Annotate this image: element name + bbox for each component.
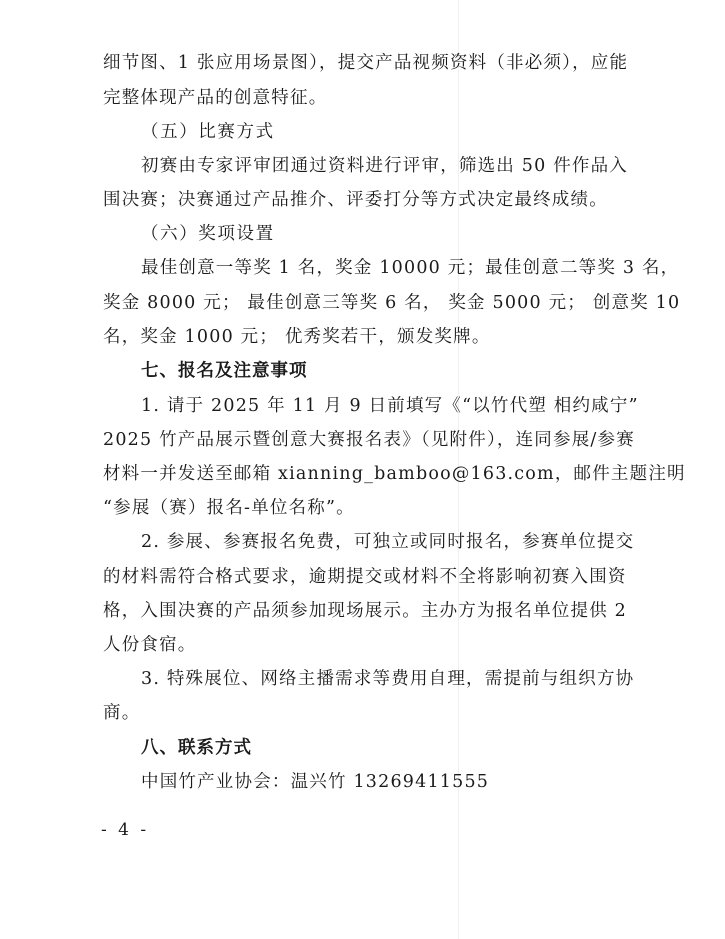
body-line: 商。	[103, 701, 648, 725]
body-line: 1. 请于 2025 年 11 月 9 日前填写《“以竹代塑 相约咸宁”	[141, 394, 686, 418]
body-line: 最佳创意一等奖 1 名，奖金 10000 元；最佳创意二等奖 3 名，	[141, 256, 686, 280]
body-line: 初赛由专家评审团通过资料进行评审，筛选出 50 件作品入	[141, 154, 686, 178]
body-line: 的材料需符合格式要求，逾期提交或材料不全将影响初赛入围资	[103, 565, 648, 589]
contact-line: 中国竹产业协会：温兴竹 13269411555	[141, 770, 686, 794]
page-number: - 4 -	[101, 820, 149, 840]
email-line: 材料一并发送至邮箱 xianning_bamboo@163.com，邮件主题注明	[103, 462, 648, 486]
body-line: 围决赛；决赛通过产品推介、评委打分等方式决定最终成绩。	[103, 188, 648, 212]
body-line: 奖金 8000 元； 最佳创意三等奖 6 名， 奖金 5000 元； 创意奖 1…	[103, 291, 648, 315]
body-line: 2025 竹产品展示暨创意大赛报名表》（见附件），连同参展/参赛	[103, 428, 648, 452]
body-line: 人份食宿。	[103, 633, 648, 657]
body-line: “参展（赛）报名-单位名称”。	[103, 496, 648, 520]
body-line: 完整体现产品的创意特征。	[103, 86, 648, 110]
document-page: 细节图、1 张应用场景图），提交产品视频资料（非必须），应能 完整体现产品的创意…	[0, 0, 725, 939]
section-6-heading: （六）奖项设置	[141, 222, 686, 246]
body-line: 名，奖金 1000 元； 优秀奖若干，颁发奖牌。	[103, 325, 648, 349]
body-line: 格，入围决赛的产品须参加现场展示。主办方为报名单位提供 2	[103, 599, 648, 623]
body-line: 2. 参展、参赛报名免费，可独立或同时报名，参赛单位提交	[141, 530, 686, 554]
body-line: 3. 特殊展位、网络主播需求等费用自理，需提前与组织方协	[141, 667, 686, 691]
chapter-7-heading: 七、报名及注意事项	[141, 359, 686, 383]
section-5-heading: （五）比赛方式	[141, 120, 686, 144]
body-line: 细节图、1 张应用场景图），提交产品视频资料（非必须），应能	[103, 51, 648, 75]
chapter-8-heading: 八、联系方式	[141, 736, 686, 760]
